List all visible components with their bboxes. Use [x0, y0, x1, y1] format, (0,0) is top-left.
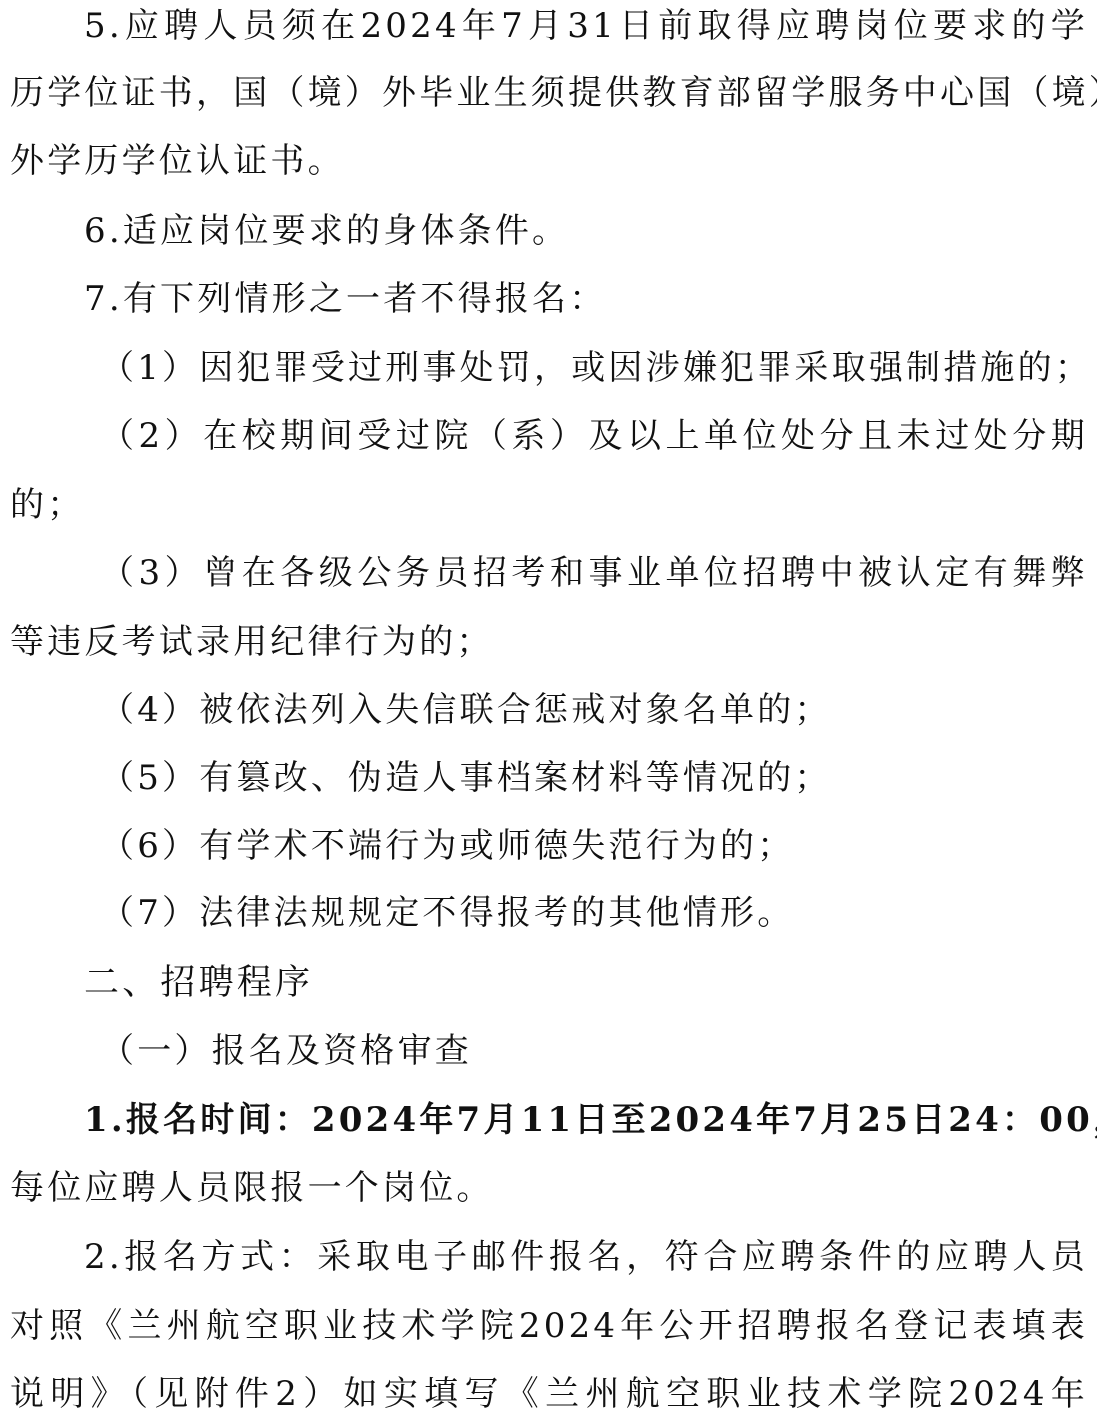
list-item-4: （4）被依法列入失信联合惩戒对象名单的；: [100, 686, 1088, 734]
para-registration-time-cont: 每位应聘人员限报一个岗位。: [10, 1164, 1088, 1212]
section-heading-recruitment-procedure: 二、招聘程序: [84, 959, 1088, 1007]
para-registration-time: 1.报名时间：2024年7月11日至2024年7月25日24：00，: [84, 1096, 1088, 1144]
para-requirement-5: 5.应聘人员须在2024年7月31日前取得应聘岗位要求的学: [84, 2, 1088, 50]
list-item-2: （2）在校期间受过院（系）及以上单位处分且未过处分期: [100, 412, 1088, 460]
para-registration-method: 2.报名方式：采取电子邮件报名，符合应聘条件的应聘人员: [84, 1233, 1088, 1281]
para-registration-method-cont-1: 对照《兰州航空职业技术学院2024年公开招聘报名登记表填表: [10, 1302, 1088, 1350]
list-item-5: （5）有篡改、伪造人事档案材料等情况的；: [100, 754, 1088, 802]
document-page: 5.应聘人员须在2024年7月31日前取得应聘岗位要求的学 历学位证书，国（境）…: [0, 0, 1097, 1419]
list-item-7: （7）法律法规规定不得报考的其他情形。: [100, 889, 1088, 937]
subsection-heading-registration: （一）报名及资格审查: [100, 1027, 1088, 1075]
para-requirement-5-end: 外学历学位认证书。: [10, 137, 1088, 185]
para-requirement-7: 7.有下列情形之一者不得报名：: [84, 275, 1088, 323]
para-registration-method-cont-2: 说明》（见附件2）如实填写《兰州航空职业技术学院2024年: [10, 1370, 1088, 1418]
list-item-1: （1）因犯罪受过刑事处罚，或因涉嫌犯罪采取强制措施的；: [100, 344, 1088, 392]
list-item-2-cont: 的；: [10, 481, 1088, 529]
list-item-3-cont: 等违反考试录用纪律行为的；: [10, 618, 1088, 666]
list-item-6: （6）有学术不端行为或师德失范行为的；: [100, 822, 1088, 870]
para-requirement-5-cont: 历学位证书，国（境）外毕业生须提供教育部留学服务中心国（境）: [10, 69, 1088, 117]
para-requirement-6: 6.适应岗位要求的身体条件。: [84, 207, 1088, 255]
list-item-3: （3）曾在各级公务员招考和事业单位招聘中被认定有舞弊: [100, 549, 1088, 597]
